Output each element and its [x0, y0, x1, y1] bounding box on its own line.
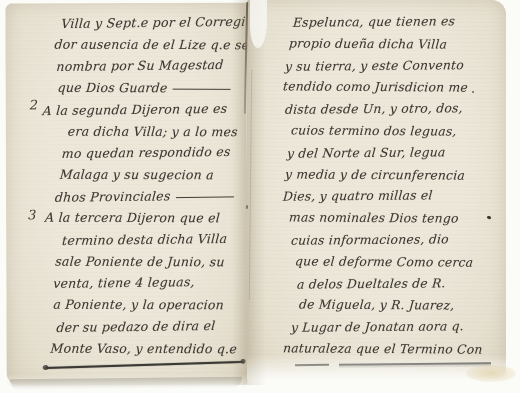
- manuscript-line: que Dios Guarde: [58, 77, 242, 99]
- manuscript-line: venta, tiene 4 leguas,: [53, 272, 242, 294]
- manuscript-scan: 2 3 Villa y Sept.e por el Corregi dor au…: [0, 0, 520, 393]
- manuscript-line: de Miguela, y R. Juarez,: [299, 295, 499, 317]
- manuscript-line: dista desde Un, y otro, dos,: [285, 99, 499, 121]
- manuscript-line: A la tercera Dijeron que el: [45, 207, 242, 229]
- bottom-rule-stroke: [46, 361, 244, 369]
- manuscript-line: Monte Vaso, y entendido q.e: [51, 337, 243, 359]
- manuscript-line: A la segunda Dijeron que es: [43, 98, 242, 120]
- manuscript-line: tendido como Jurisdicion me: [283, 77, 499, 99]
- flourish-stroke: [175, 195, 233, 198]
- manuscript-line: que el deforme Como cerca: [295, 252, 499, 274]
- manuscript-line: a Poniente, y la operacion: [53, 294, 242, 316]
- bottom-underline-long: [339, 362, 491, 365]
- manuscript-line: Espelunca, que tienen es: [293, 12, 499, 34]
- flourish-stroke: [173, 87, 231, 89]
- manuscript-line: naturaleza que el Termino Con: [283, 339, 499, 361]
- manuscript-line: Malaga y su sugecion a: [60, 164, 242, 186]
- left-page: 2 3 Villa y Sept.e por el Corregi dor au…: [5, 3, 247, 386]
- manuscript-line: nombra por Su Magestad: [57, 55, 242, 77]
- manuscript-line: Dies, y quatro millas el: [283, 186, 499, 208]
- manuscript-line: sale Poniente de Junio, su: [55, 250, 242, 272]
- manuscript-line: Villa y Sept.e por el Corregi: [61, 12, 241, 34]
- left-page-text: Villa y Sept.e por el Corregi dor ausenc…: [39, 12, 242, 360]
- manuscript-line: dor ausencia de el Lize q.e se: [54, 33, 241, 55]
- manuscript-line: propio dueña dicha Villa: [289, 34, 499, 56]
- manuscript-line: y del Norte al Sur, legua: [287, 143, 499, 165]
- right-page-text: Espelunca, que tienen es propio dueña di…: [283, 12, 499, 361]
- manuscript-line: era dicha Villa; y a lo mes: [68, 120, 242, 142]
- ink-speck: [472, 91, 474, 93]
- paper-stain: [466, 365, 516, 382]
- manuscript-line: y media y de circunferencia: [285, 165, 499, 187]
- manuscript-line: y Lugar de Jonatan aora q.: [291, 317, 499, 339]
- manuscript-line: mas nominales Dios tengo: [289, 208, 499, 230]
- manuscript-line: dhos Provinciales: [55, 185, 242, 207]
- manuscript-line: cuios termino dos leguas,: [291, 121, 499, 143]
- manuscript-line: a delos Dueltales de R.: [297, 274, 499, 296]
- bottom-underline-short: [295, 364, 329, 366]
- manuscript-line: mo quedan respondido es: [62, 142, 242, 164]
- manuscript-line: der su pedazo de dira el: [56, 315, 242, 337]
- paragraph-marker-third: 3: [28, 208, 36, 223]
- manuscript-line: termino desta dicha Villa: [62, 229, 242, 251]
- right-page: Espelunca, que tienen es propio dueña di…: [247, 0, 506, 379]
- under-page-shadow: [10, 377, 242, 390]
- manuscript-line: cuias informaciones, dio: [291, 230, 499, 252]
- manuscript-line: y su tierra, y este Convento: [285, 56, 499, 78]
- paragraph-marker-second: 2: [30, 98, 38, 113]
